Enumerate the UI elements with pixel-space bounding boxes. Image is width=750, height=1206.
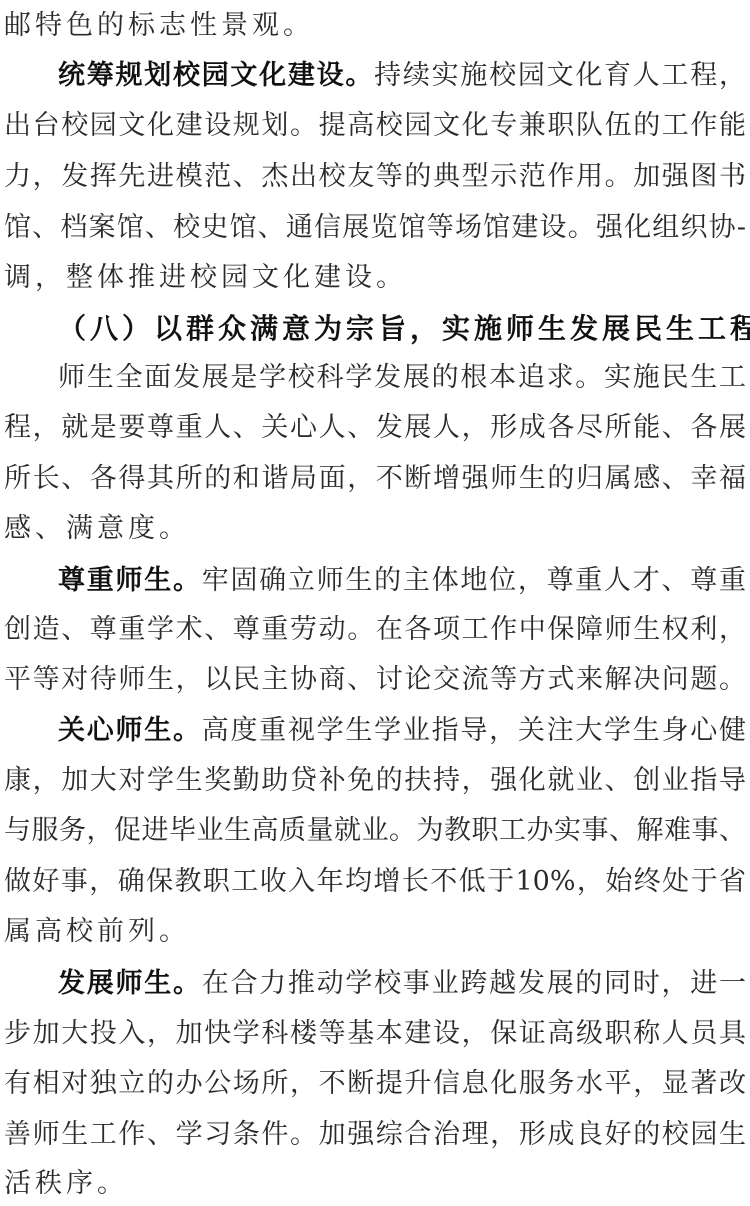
line-text: 所长、各得其所的和谐局面，不断增强师生的归属感、幸福 <box>4 463 746 494</box>
line-text: 属高校前列。 <box>4 916 190 947</box>
line-text: 馆、档案馆、校史馆、通信展览馆等场馆建设。强化组织协- <box>4 212 746 243</box>
paragraph-intro: 师生全面发展是学校科学发展的根本追求。实施民生工 <box>58 358 746 398</box>
text-line: 出台校园文化建设规划。提高校园文化专兼职队伍的工作能 <box>4 106 746 146</box>
text-line: 感、满意度。 <box>4 509 746 549</box>
text-line: 善师生工作、学习条件。加强综合治理，形成良好的校园生 <box>4 1115 746 1155</box>
text-line: 步加大投入，加快学科楼等基本建设，保证高级职称人员具 <box>4 1014 746 1054</box>
line-text: 感、满意度。 <box>4 513 190 544</box>
lead-in-heading: 统筹规划校园文化建设。 <box>58 60 374 91</box>
text-line: 平等对待师生，以民主协商、讨论交流等方式来解决问题。 <box>4 660 746 700</box>
text-line: 做好事，确保教职工收入年均增长不低于10%，始终处于省 <box>4 862 746 902</box>
line-text: 出台校园文化建设规划。提高校园文化专兼职队伍的工作能 <box>4 110 746 141</box>
line-text: 高度重视学生学业指导，关注大学生身心健 <box>202 715 746 746</box>
text-line: 属高校前列。 <box>4 912 746 952</box>
text-line: 有相对独立的办公场所，不断提升信息化服务水平，显著改 <box>4 1064 746 1104</box>
line-text: 有相对独立的办公场所，不断提升信息化服务水平，显著改 <box>4 1068 746 1099</box>
lead-in-heading: 关心师生。 <box>58 715 202 746</box>
text-line: 力，发挥先进模范、杰出校友等的典型示范作用。加强图书 <box>4 157 746 197</box>
text-line: 所长、各得其所的和谐局面，不断增强师生的归属感、幸福 <box>4 459 746 499</box>
line-text: 善师生工作、学习条件。加强综合治理，形成良好的校园生 <box>4 1119 746 1150</box>
line-text: 活秩序。 <box>4 1168 128 1199</box>
line-text: 康，加大对学生奖勤助贷补免的扶持，强化就业、创业指导 <box>4 765 746 796</box>
text-line: 馆、档案馆、校史馆、通信展览馆等场馆建设。强化组织协- <box>4 208 746 248</box>
line-text: 程，就是要尊重人、关心人、发展人，形成各尽所能、各展 <box>4 412 746 443</box>
line-text: 创造、尊重学术、尊重劳动。在各项工作中保障师生权利， <box>4 614 746 645</box>
lead-in-heading: 尊重师生。 <box>58 565 202 596</box>
line-text: 与服务，促进毕业生高质量就业。为教职工办实事、解难事、 <box>4 815 746 846</box>
text-line: 康，加大对学生奖勤助贷补免的扶持，强化就业、创业指导 <box>4 761 746 801</box>
line-text: 力，发挥先进模范、杰出校友等的典型示范作用。加强图书 <box>4 161 746 192</box>
line-text: 牢固确立师生的主体地位，尊重人才、尊重 <box>202 565 746 596</box>
text-line: 与服务，促进毕业生高质量就业。为教职工办实事、解难事、 <box>4 811 746 851</box>
lead-in-heading: 发展师生。 <box>58 968 202 999</box>
text-line: 程，就是要尊重人、关心人、发展人，形成各尽所能、各展 <box>4 408 746 448</box>
paragraph-care: 关心师生。高度重视学生学业指导，关注大学生身心健 <box>58 711 746 751</box>
paragraph-respect: 尊重师生。牢固确立师生的主体地位，尊重人才、尊重 <box>58 561 746 601</box>
line-text: 在合力推动学校事业跨越发展的同时，进一 <box>202 968 746 999</box>
text-line: 邮特色的标志性景观。 <box>4 6 746 46</box>
paragraph-develop: 发展师生。在合力推动学校事业跨越发展的同时，进一 <box>58 964 746 1004</box>
document-page: 邮特色的标志性景观。 统筹规划校园文化建设。持续实施校园文化育人工程， 出台校园… <box>0 0 750 1206</box>
section-heading: （八）以群众满意为宗旨，实施师生发展民生工程 <box>58 309 746 349</box>
line-text: 调，整体推进校园文化建设。 <box>4 262 407 293</box>
text-line: 创造、尊重学术、尊重劳动。在各项工作中保障师生权利， <box>4 610 746 650</box>
line-text: 邮特色的标志性景观。 <box>4 10 314 41</box>
line-text: 平等对待师生，以民主协商、讨论交流等方式来解决问题。 <box>4 664 746 695</box>
section-title: （八）以群众满意为宗旨，实施师生发展民生工程 <box>58 312 750 345</box>
line-text: 师生全面发展是学校科学发展的根本追求。实施民生工 <box>58 362 746 393</box>
line-text: 持续实施校园文化育人工程， <box>374 60 746 91</box>
line-text: 步加大投入，加快学科楼等基本建设，保证高级职称人员具 <box>4 1018 746 1049</box>
text-line: 活秩序。 <box>4 1164 746 1204</box>
paragraph-campus-culture: 统筹规划校园文化建设。持续实施校园文化育人工程， <box>58 56 746 96</box>
line-text: 做好事，确保教职工收入年均增长不低于10%，始终处于省 <box>4 866 746 897</box>
text-line: 调，整体推进校园文化建设。 <box>4 258 746 298</box>
